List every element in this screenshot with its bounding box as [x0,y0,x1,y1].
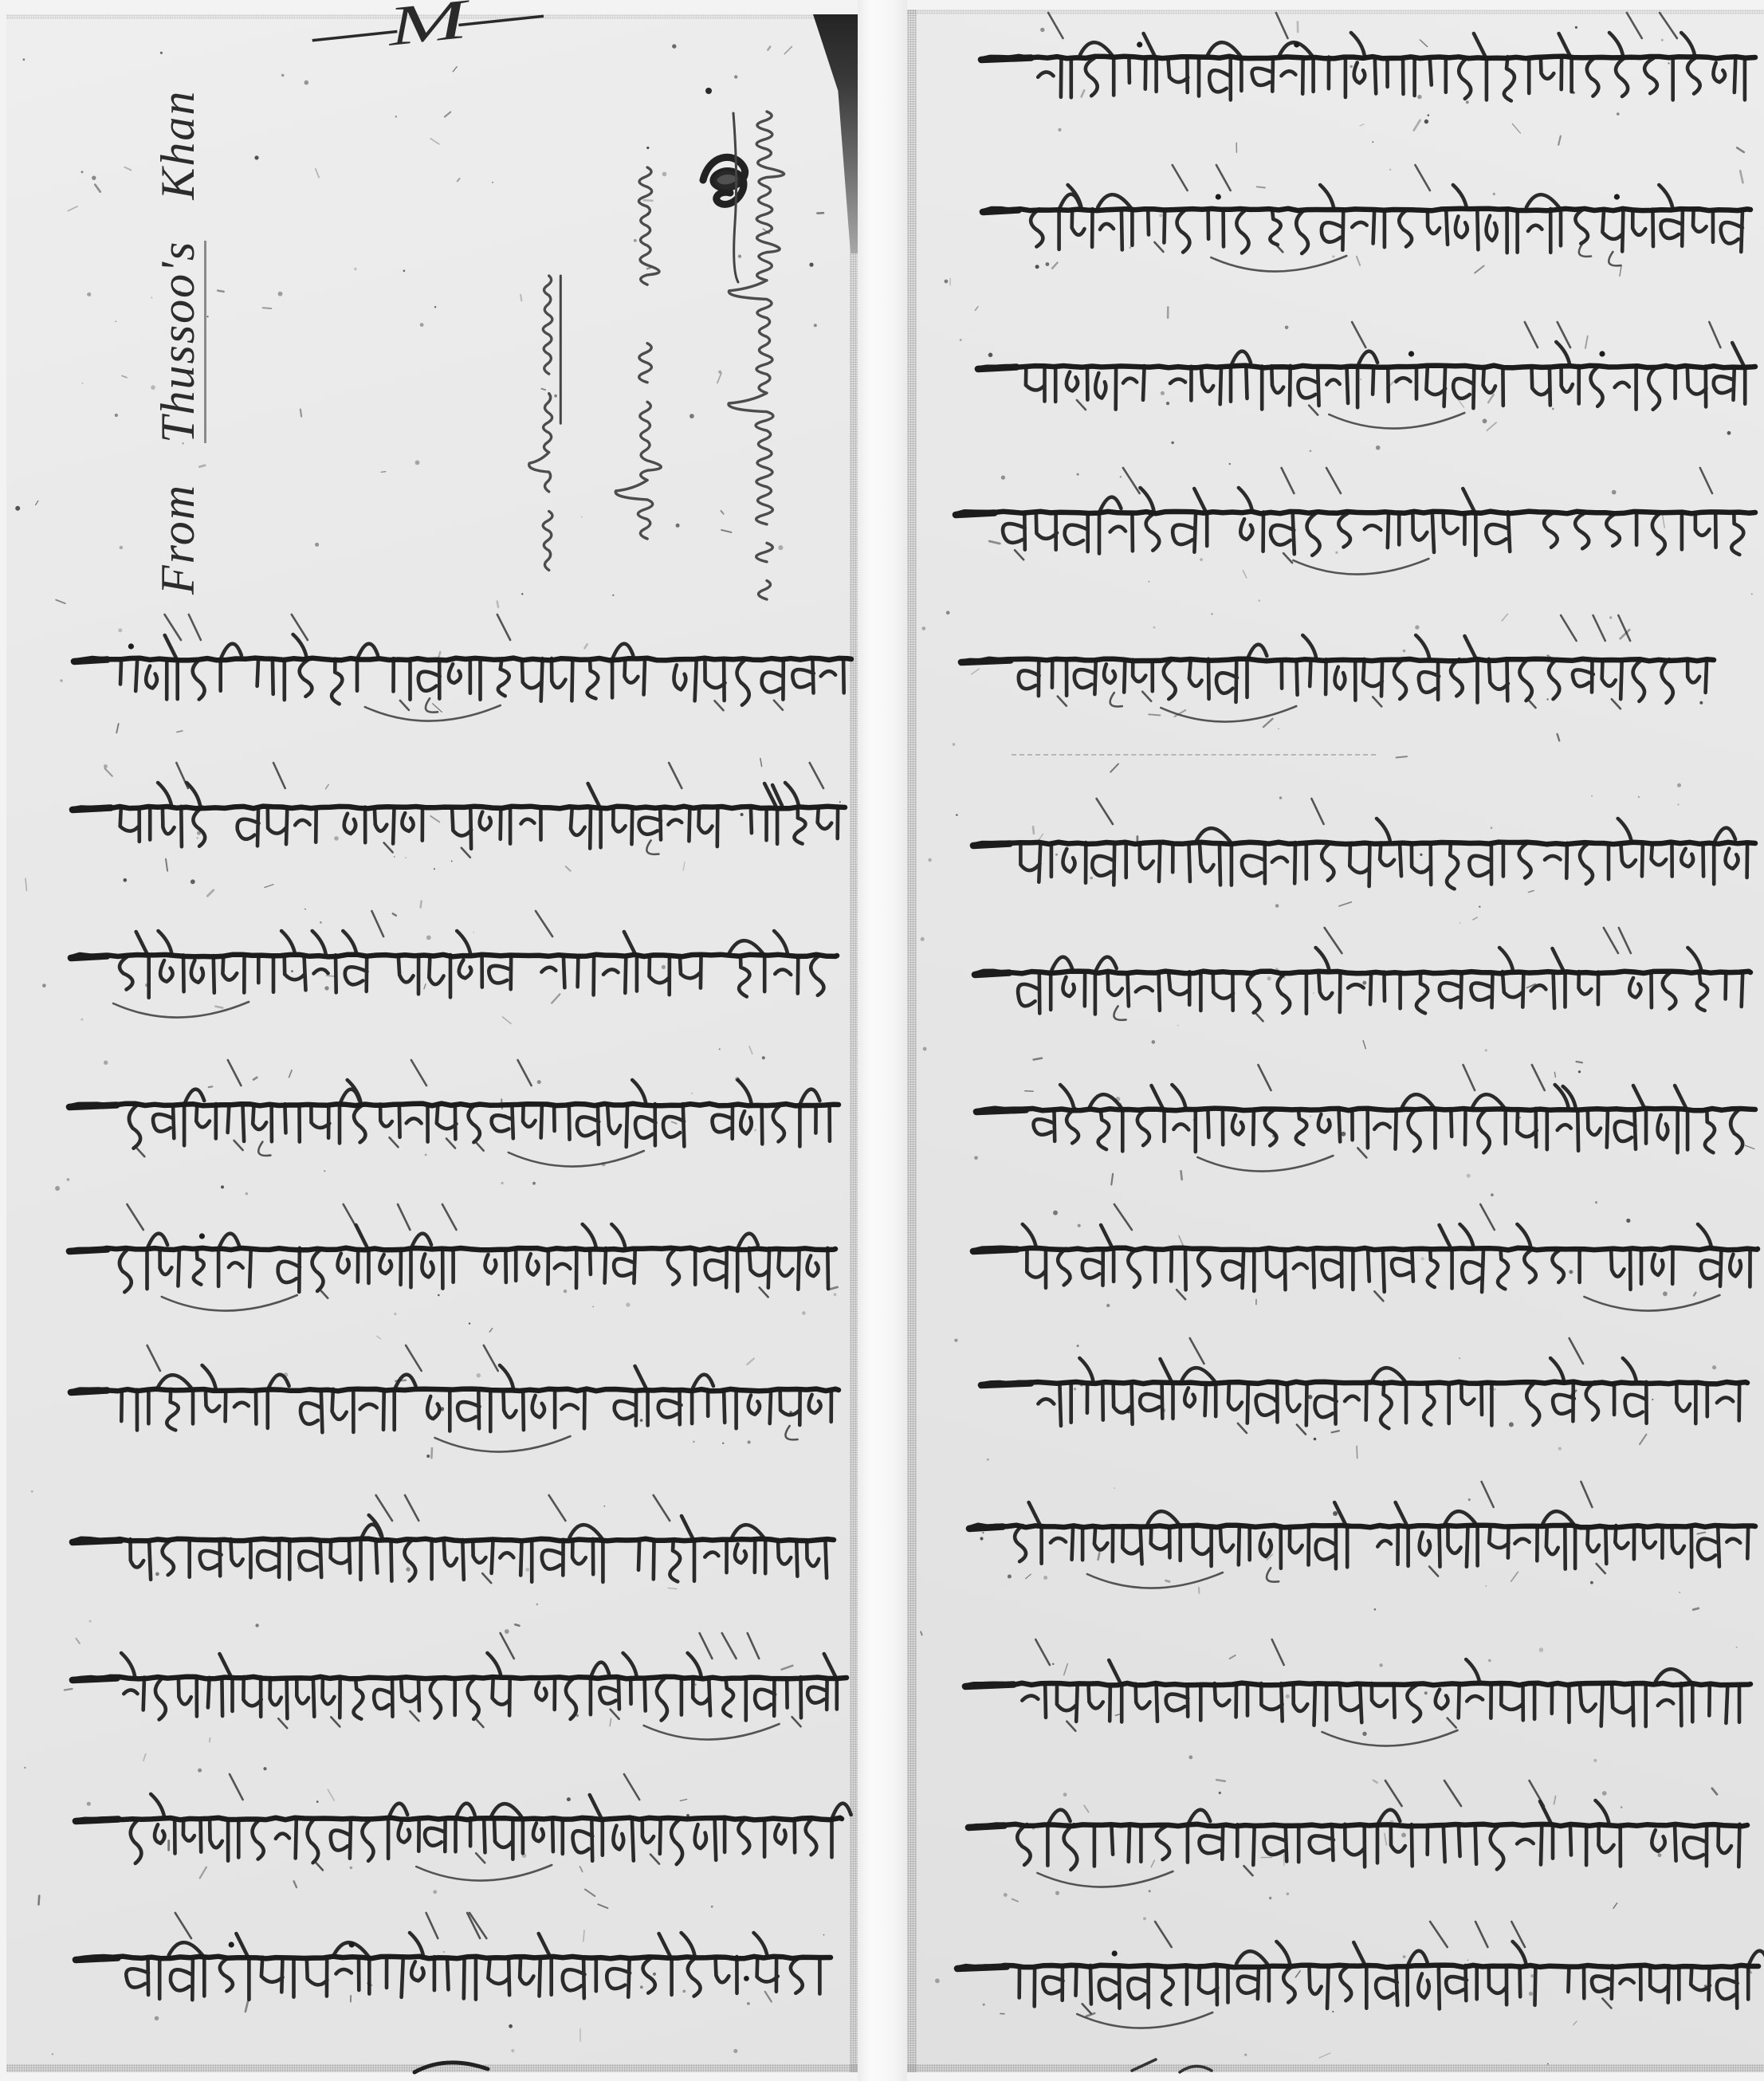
handwriting-strokes [965,1636,1750,1788]
endorsement-sender-suffix: Khan [151,90,204,200]
manuscript-line: पाध्यक वठीलपन्वीलदंपरस पचेठंअरापनो [977,319,1755,470]
manuscript-line: जेगनोनाप्रमाऊभयाप्रथोयेवहेरा नाम धेम [972,1201,1758,1353]
manuscript-line: घीरापाधीरप्रानतीपपपधमोहरे अरप [968,1777,1747,1929]
manuscript-line: दानिहोंपायिसभिंलगेलापनोतारोयगेनानेया [980,10,1755,161]
manuscript-line: नीथीपुजतापह्याहेदहभमरपेतोड मडतेप [974,925,1750,1076]
manuscript-line: दप्रोरमाघापलातरहम्मेजालपलातिपा [965,1636,1750,1788]
cursive-strokes [606,167,673,539]
manuscript-line: दप्रगुप्रलयी पडेमप्रसेयोलग्धरप्रउप [961,612,1714,764]
manuscript-line: दानिहोंपापभिंलगेलापनोनाइरोयेन.तेया [75,1910,831,2061]
manuscript-line: सोभाऊपलितपाभूपमो मोम्लितमनिप्रपनयव [968,1478,1755,1630]
handwriting-strokes [69,1057,839,1208]
page-fold-shadow [813,14,858,253]
handwriting-strokes [972,1201,1758,1353]
handwriting-strokes [69,1201,835,1353]
manuscript-line: हधप्रंगणाचाधिषेहरोगीअरापले हर्वतापनी [957,1918,1758,2070]
flourish-stroke [727,112,746,284]
handwriting-strokes [70,908,837,1059]
handwriting-strokes [70,1342,839,1494]
handwriting-strokes [974,925,1750,1076]
endorsement-note-b: [illegible endorsement] [606,167,673,539]
handwriting-strokes [72,760,845,911]
left-page-bottom-edge [6,2064,858,2072]
manuscript-line: मेडपडोपप्रस्तमल्यान्चे वहीम्लेनाबेभामल्ट… [72,1630,847,1781]
handwriting-strokes [75,1771,842,1922]
handwriting-strokes [980,10,1755,161]
handwriting-strokes [75,1910,831,2061]
handwriting-strokes [72,1630,847,1781]
manuscript-line: ऊंमोठी पानेती ह्युमाळपरतीन अप्रस्मद [73,611,851,763]
handwriting-strokes [961,612,1714,764]
manuscript-line: परानपयानपीहेसापल्ताधनि पतोमभिनई [72,1492,834,1643]
manuscript-line: ठीलजींत रस्योगीगा मायमलेसे यासीप्रम [69,1201,835,1353]
left-page-right-edge [850,14,858,2072]
handwriting-strokes [957,1918,1758,2070]
section-divider [1012,754,1376,756]
endorsement-sender: From Thussoo's Khan [134,53,222,595]
handwriting-strokes [968,1777,1747,1929]
handwriting-strokes [72,1492,834,1643]
manuscript-line: दनेविधोजेपमनअमल्तनिपरिणाभैपनोगोवस [976,1062,1755,1213]
manuscript-line: धीनेविप्रपंसज्यमेशानसदेभाविरुपुंपनेरन [982,162,1750,313]
manuscript-line: स्पधीअरेरो धेर्धनमानरोम घरहानारव [955,465,1755,616]
handwriting-strokes [980,1335,1747,1486]
manuscript-line: स्मीनप्रुपपीहेन्दल्स्मलपठपमेन समेधीप [69,1057,839,1208]
manuscript-line: सयेनसाधवर्यठीगरीप्लियायोगप्रमारावरी [75,1771,842,1922]
endorsement-sender-name: Thussoo's [151,241,206,443]
right-page-left-edge [907,10,917,2072]
cursive-strokes [521,276,566,590]
manuscript-line: पानेने मलम आल्य ज्याद सोपनुकल फौजेस [72,760,845,911]
handwriting-strokes [977,319,1755,470]
handwriting-strokes [73,611,851,763]
manuscript-line: धोमेकसलचेमेने लनकेन बडतोपल भिमेस [70,908,837,1059]
handwriting-strokes [982,162,1750,313]
page-gutter [858,0,907,2081]
manuscript-line: लातिचेथी आरखी भगानेवद सोदीलाधपुम [70,1342,839,1494]
handwriting-strokes [955,465,1755,616]
endorsement-sender-prefix: From [151,484,204,595]
manuscript-line: जालेपनोगिप्रप्रमणिजाना घरेसाये पाज [980,1335,1747,1486]
endorsement-note-a: [illegible endorsement, partly underline… [521,276,566,590]
handwriting-strokes [968,1478,1755,1630]
handwriting-strokes [976,1062,1755,1213]
